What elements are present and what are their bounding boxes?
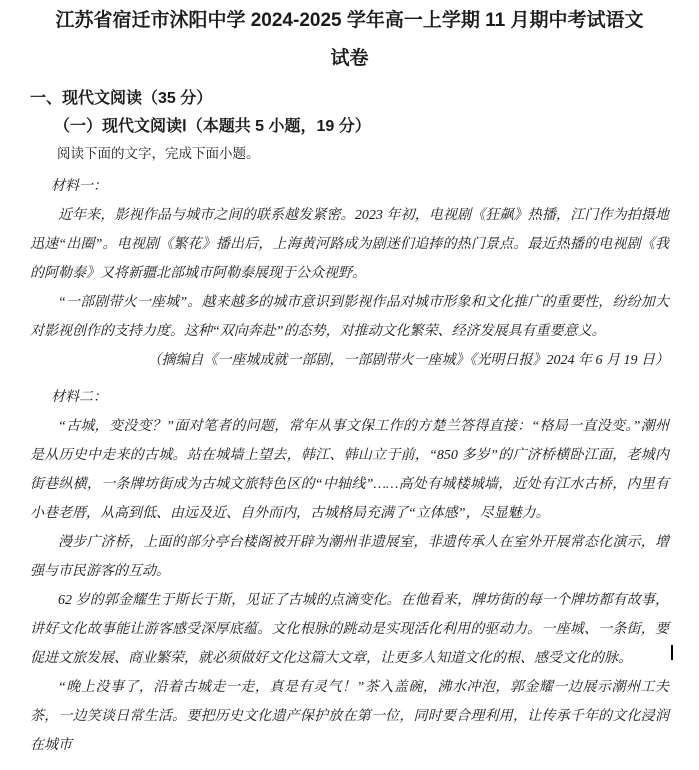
reading-instruction[interactable]: 阅读下面的文字，完成下面小题。 — [30, 144, 669, 164]
material2-label[interactable]: 材料二： — [30, 383, 669, 412]
exam-title-line1[interactable]: 江苏省宿迁市沭阳中学 2024-2025 学年高一上学期 11 月期中考试语文 — [30, 8, 669, 34]
material2-paragraph-3[interactable]: 62 岁的郭金耀生于斯长于斯，见证了古城的点滴变化。在他看来，牌坊街的每一个牌坊… — [30, 586, 669, 673]
subsection-heading-reading-1[interactable]: （一）现代文阅读Ⅰ（本题共 5 小题，19 分） — [30, 116, 669, 138]
material2-paragraph-2[interactable]: 漫步广济桥，上面的部分亭台楼阁被开辟为潮州非遗展室，非遗传承人在室外开展常态化演… — [30, 528, 669, 586]
material1-citation[interactable]: （摘编自《一座城成就一部剧，一部剧带火一座城》《光明日报》2024 年 6 月 … — [30, 346, 669, 375]
section-heading-modern-reading[interactable]: 一、现代文阅读（35 分） — [30, 88, 669, 110]
material1-paragraph-2[interactable]: “一部剧带火一座城”。越来越多的城市意识到影视作品对城市形象和文化推广的重要性，… — [30, 288, 669, 346]
text-cursor — [671, 645, 673, 660]
material2-paragraph-1[interactable]: “古城，变没变？”面对笔者的问题，常年从事文保工作的方楚兰答得直接：“格局一直没… — [30, 412, 669, 528]
material1-label[interactable]: 材料一： — [30, 172, 669, 201]
material2-paragraph-4[interactable]: “晚上没事了，沿着古城走一走，真是有灵气！”茶入盖碗，沸水冲泡，郭金耀一边展示潮… — [30, 673, 669, 760]
document-edit-area[interactable]: 江苏省宿迁市沭阳中学 2024-2025 学年高一上学期 11 月期中考试语文 … — [0, 0, 699, 770]
exam-title-line2[interactable]: 试卷 — [30, 46, 669, 72]
material1-paragraph-1[interactable]: 近年来，影视作品与城市之间的联系越发紧密。2023 年初，电视剧《狂飙》热播，江… — [30, 201, 669, 288]
